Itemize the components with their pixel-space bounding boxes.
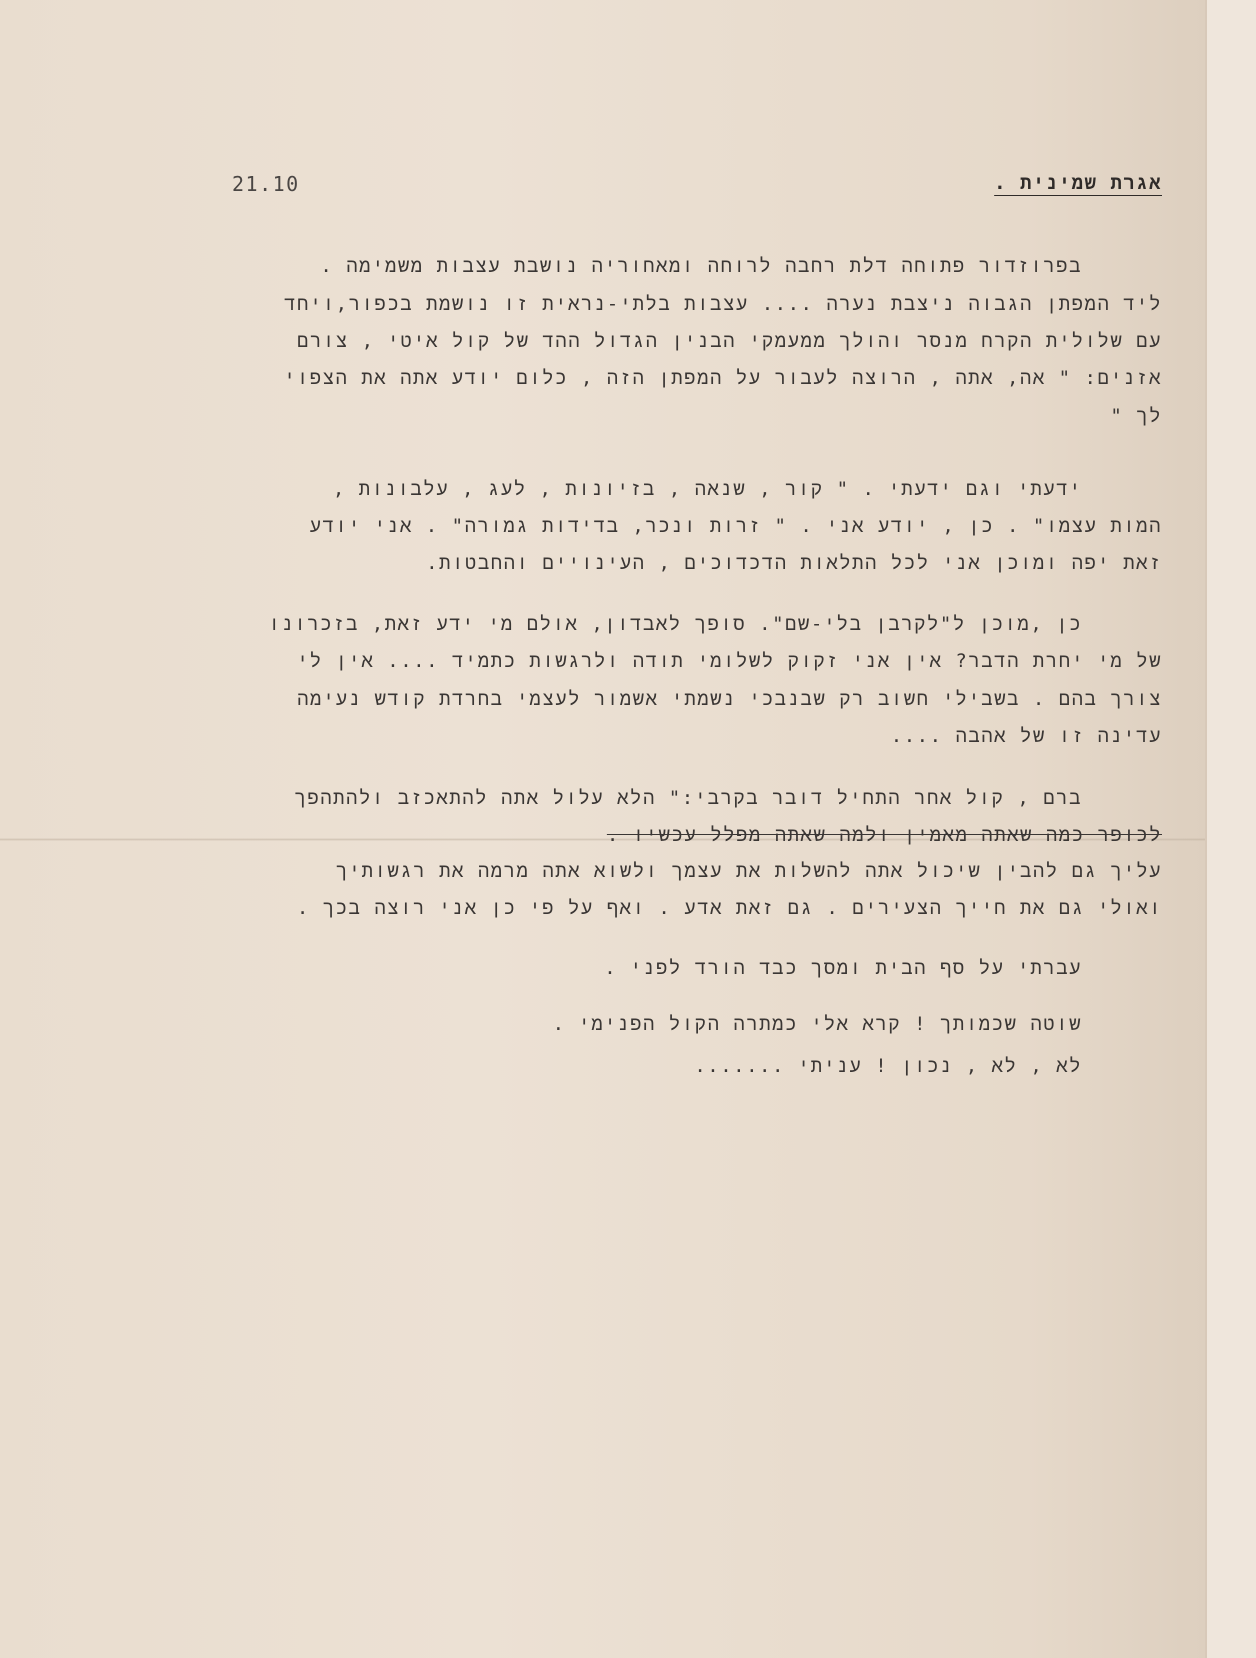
text-line: ואולי גם את חייך הצעירים . גם זאת אדע . … (297, 897, 1162, 920)
text-line: לך " (1110, 405, 1162, 428)
show-through-text: ​ (90, 1070, 1190, 1630)
text-line: זאת יפה ומוכן אני לכל התלאות הדכדוכים , … (426, 552, 1162, 575)
text-line: כן ,מוכן ל"לקרבן בלי-שם". סופך לאבדון, א… (269, 613, 1082, 636)
text-line: עדינה זו של אהבה .... (891, 725, 1162, 748)
text-line: ליד המפתן הגבוה ניצבת נערה .... עצבות בל… (284, 293, 1162, 316)
text-line: עם שלולית הקרח מנסר והולך ממעמקי הבנין ה… (297, 330, 1162, 353)
text-line: אזנים: " אה, אתה , הרוצה לעבור על המפתן … (284, 367, 1162, 390)
text-line: ברם , קול אחר התחיל דובר בקרבי:" הלא עלו… (294, 787, 1082, 810)
text-line: לא , לא , נכון ! עניתי ....... (694, 1055, 1082, 1078)
text-line: שוטה שכמותך ! קרא אלי כמתרה הקול הפנימי … (553, 1013, 1082, 1036)
text-line: ידעתי וגם ידעתי . " קור , שנאה , בזיונות… (333, 478, 1082, 501)
typewritten-letter: אגרת שמינית . 21.10 בפרוזדור פתוחה דלת ר… (92, 0, 1162, 1070)
text-line: בפרוזדור פתוחה דלת רחבה לרוחה ומאחוריה נ… (320, 255, 1082, 278)
text-line: של מי יחרת הדבר? אין אני זקוק לשלומי תוד… (297, 650, 1162, 673)
text-line: עברתי על סף הבית ומסך כבד הורד לפני . (604, 957, 1082, 980)
text-line: עליך גם להבין שיכול אתה להשלות את עצמך ו… (336, 860, 1162, 883)
struck-text-line: לכופר כמה שאתה מאמין ולמה שאתה מפלל עכשי… (607, 824, 1162, 847)
text-line: צורך בהם . בשבילי חשוב רק שבנבכי נשמתי א… (297, 688, 1162, 711)
text-line: המות עצמו" . כן , יודע אני . " זרות ונכר… (310, 515, 1162, 538)
adjacent-page-edge (1205, 0, 1256, 1658)
letter-title: אגרת שמינית . (994, 172, 1162, 195)
letter-date: 21.10 (232, 172, 300, 196)
